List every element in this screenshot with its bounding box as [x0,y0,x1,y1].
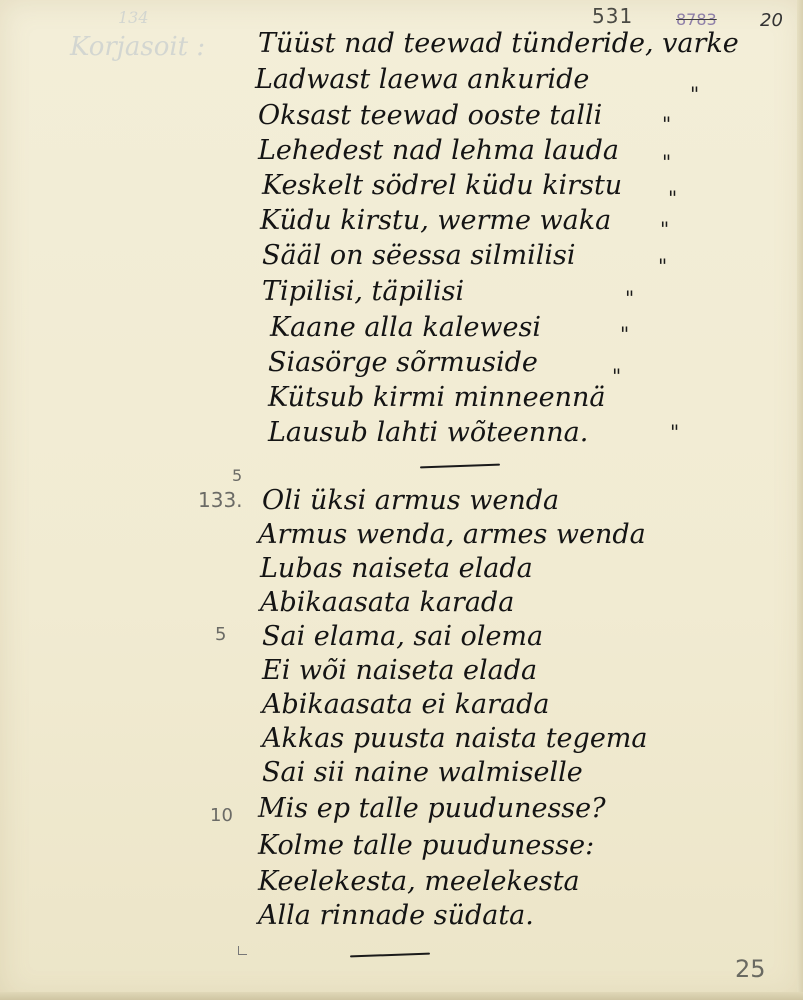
struck-archive-number: 8783 [676,10,717,29]
verse-line: Siasörge sõrmuside [268,347,538,378]
verse-line: Sai elama, sai olema [262,621,543,652]
ditto-mark: " [620,322,629,346]
verse-line: Alla rinnade südata. [258,900,534,931]
verse-line: Küdu kirstu, werme waka [260,205,611,236]
verse-line: Tipilisi, täpilisi [262,276,464,307]
ditto-mark: " [662,150,671,174]
show-through-title: Korjasoit : [70,32,205,62]
verse-line: Lubas naiseta elada [260,553,533,584]
ditto-mark: " [668,186,677,210]
verse-line: Mis ep talle puudunesse? [258,793,606,824]
ditto-mark: " [690,82,699,106]
ditto-mark: " [658,254,667,278]
margin-line-mark: 10 [210,805,233,826]
verse-line: Kolme talle puudunesse: [258,830,594,861]
bottom-page-number: 25 [735,955,766,983]
pencil-tick-mark [238,946,247,955]
ditto-mark: " [612,364,621,388]
ditto-mark: " [625,286,634,310]
paper-edge-bottom [0,992,803,1000]
verse-line: Ei wõi naiseta elada [262,655,537,686]
ditto-mark: " [660,217,669,241]
verse-line: Sääl on sëessa silmilisi [262,240,575,271]
song-number: 133. [198,488,243,512]
verse-line: Lausub lahti wõteenna. [268,417,588,448]
ditto-mark: " [662,112,671,136]
verse-line: Oli üksi armus wenda [262,485,559,516]
verse-line: Sai sii naine walmiselle [262,757,583,788]
verse-line: Abikaasata ei karada [262,689,550,720]
verse-line: Oksast teewad ooste talli [258,100,602,131]
verse-line: Tüüst nad teewad tünderide, varke [258,28,739,59]
verse-line: Keelekesta, meelekesta [258,866,580,897]
margin-line-mark: 5 [232,466,242,485]
archive-page-number: 531 [592,4,633,28]
verse-line: Keskelt södrel küdu kirstu [262,170,622,201]
manuscript-page: 134 Korjasoit : 531 8783 20 25 Tüüst nad… [0,0,803,1000]
verse-line: Armus wenda, armes wenda [258,519,646,550]
margin-line-mark: 5 [215,624,226,645]
show-through-number: 134 [118,8,149,27]
verse-line: Kaane alla kalewesi [270,312,541,343]
verse-line: Abikaasata karada [260,587,514,618]
corner-number: 20 [760,10,783,31]
verse-line: Ladwast laewa ankuride [255,64,589,95]
verse-line: Akkas puusta naista tegema [262,723,648,754]
section-divider [420,464,500,469]
verse-line: Kütsub kirmi minneennä [268,382,606,413]
verse-line: Lehedest nad lehma lauda [258,135,619,166]
paper-edge-right [797,0,803,1000]
ditto-mark: " [670,420,679,444]
end-divider [350,953,430,958]
